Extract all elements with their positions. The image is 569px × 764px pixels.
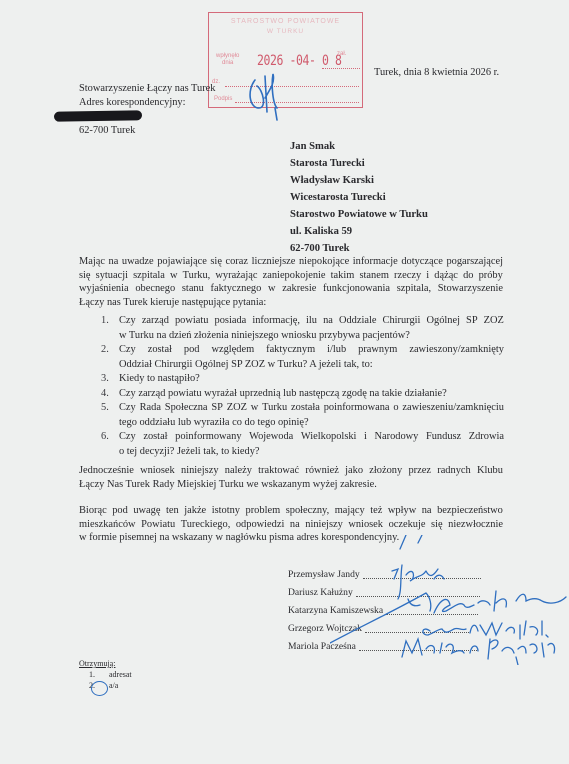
question-item: 3.Kiedy to nastąpiło? (99, 372, 504, 387)
word: ten (166, 504, 179, 518)
word: pod (112, 504, 128, 518)
word: stanu (182, 282, 204, 296)
question-line: Czy zarząd powiatu wyrażał uprzednią lub… (119, 387, 504, 402)
question-item: 2.Czyzostałpodwzględemfaktycznymi/lubpra… (99, 343, 504, 372)
signatory-row: Katarzyna Kamiszewska (288, 602, 481, 620)
word: uwadze (122, 255, 154, 269)
word: niniejszy (305, 518, 343, 532)
word: rzeczy (394, 269, 421, 283)
word: niniejszy (181, 464, 219, 478)
question-number: 2. (101, 343, 109, 358)
paragraph-line: mieszkańcówPowiatuTureckiego,odpowiedzin… (79, 518, 503, 532)
stamp-dotted-line (235, 102, 359, 103)
word: na (290, 518, 300, 532)
redacted-address (54, 110, 142, 122)
word: mieszkańców (79, 518, 136, 532)
word: problem (246, 504, 281, 518)
stamp-signature-label: Podpis (214, 96, 232, 102)
word: wyrażając (215, 269, 257, 283)
signature-dotted-line (359, 638, 477, 651)
paragraph-line: Jednocześniewniosekniniejszynależytrakto… (79, 464, 503, 478)
question-number: 6. (101, 430, 109, 445)
paragraph-line: Łączy Nas Turek Rady Miejskiej Turku we … (79, 478, 503, 492)
word: Powiatu (141, 518, 175, 532)
word: zakresie (282, 282, 316, 296)
word: coraz (226, 255, 249, 269)
word: Klubu (477, 464, 503, 478)
word: istotny (212, 504, 240, 518)
word: wyjaśnienia (79, 282, 129, 296)
word: informacje (353, 255, 398, 269)
recipients-list-item-number: 1. (89, 669, 109, 680)
word: się (431, 518, 443, 532)
word: Mając (79, 255, 105, 269)
stamp-received-date: 2026 -04- 0 8 (257, 53, 342, 69)
signatory-name: Grzegorz Wojtczak (288, 620, 362, 638)
word: bezpieczeństwo (437, 504, 503, 518)
word: wpływ (388, 504, 416, 518)
question-item: 6.CzyzostałpoinformowanyWojewodaWielkopo… (99, 430, 504, 459)
recipient-line: Jan Smak (290, 138, 428, 155)
word: uwagę (133, 504, 160, 518)
word: mający (335, 504, 365, 518)
word: Jednocześnie (79, 464, 134, 478)
recipients-list-item: 1.adresat (89, 669, 132, 680)
word: Stowarzyszenie (438, 282, 503, 296)
word: przez (408, 464, 431, 478)
word: oczekuje (389, 518, 426, 532)
paragraph-line: w formie pisemnej na wskazany w nagłówku… (79, 531, 503, 545)
signatory-row: Grzegorz Wojtczak (288, 620, 481, 638)
recipient-block: Jan Smak Starosta Turecki Władysław Kars… (290, 138, 428, 257)
scanned-letter-page: STAROSTWO POWIATOWE W TURKU wpłynęło dni… (0, 0, 569, 764)
paragraph-line: wyjaśnieniaobecnegostanufaktycznegowzakr… (79, 282, 503, 296)
recipients-list-item-label: adresat (109, 669, 132, 680)
word: również (305, 464, 338, 478)
word: pojawiające (157, 255, 207, 269)
sender-address-label: Adres korespondencyjny: (79, 96, 185, 110)
sender-city: 62-700 Turek (79, 124, 135, 138)
word: stanem (359, 269, 388, 283)
word: pogarszającej (446, 255, 503, 269)
word: na (109, 255, 119, 269)
word: odpowiedzi (236, 518, 284, 532)
signatory-name: Katarzyna Kamiszewska (288, 602, 383, 620)
word: na (422, 504, 432, 518)
paragraph-line: Biorącpoduwagętenjakżeistotnyproblemspoł… (79, 504, 503, 518)
registry-stamp: STAROSTWO POWIATOWE W TURKU wpłynęło dni… (208, 12, 363, 108)
word: obecnego (135, 282, 175, 296)
word: w (268, 282, 276, 296)
recipient-line: Starostwo Powiatowe w Turku (290, 206, 428, 223)
word: niezwłocznie (448, 518, 503, 532)
intro-paragraph: Mającnauwadzepojawiającesięcorazliczniej… (79, 255, 503, 309)
stamp-dotted-line (225, 86, 359, 87)
word: należy (225, 464, 252, 478)
word: radnych (437, 464, 470, 478)
word: do (463, 269, 473, 283)
signatory-name: Przemysław Jandy (288, 566, 360, 584)
questions-list: 1.Czyzarządpowiatuposiadainformację,ilun… (99, 314, 504, 459)
signatory-name: Dariusz Kałużny (288, 584, 353, 602)
signatory-row: Dariusz Kałużny (288, 584, 481, 602)
question-line: w Turku na dzień złożenia niniejszego wn… (119, 329, 504, 344)
signature-dotted-line (363, 566, 481, 579)
paragraph-request: Biorącpoduwagętenjakżeistotnyproblemspoł… (79, 504, 503, 545)
word: traktować (258, 464, 299, 478)
place-date: Turek, dnia 8 kwietnia 2026 r. (374, 66, 499, 80)
stamp-received-label-1: wpłynęło (216, 53, 239, 60)
word: liczniejsze (252, 255, 296, 269)
word: szpitala, (397, 282, 431, 296)
question-item: 1.Czyzarządpowiatuposiadainformację,ilun… (99, 314, 504, 343)
word: takim (331, 269, 355, 283)
word: faktycznego (211, 282, 262, 296)
handwritten-circle-mark (91, 681, 108, 696)
word: społeczny, (286, 504, 329, 518)
word: Biorąc (79, 504, 107, 518)
word: jako (345, 464, 363, 478)
paragraph-line: Mającnauwadzepojawiającesięcorazliczniej… (79, 255, 503, 269)
word: sytuacji (96, 269, 128, 283)
recipients-list-item-label: a/a (109, 680, 118, 691)
sender-organization: Stowarzyszenie Łączy nas Turek (79, 82, 215, 96)
signatory-name: Mariola Pacześna (288, 638, 356, 656)
paragraph-council: Jednocześniewniosekniniejszynależytrakto… (79, 464, 503, 491)
question-line: tego oddziału lub wyraziła co do tego op… (119, 416, 504, 431)
stamp-attachments-label: zał. (337, 51, 346, 57)
question-number: 5. (101, 401, 109, 416)
word: zaniepokojenie (263, 269, 326, 283)
signatories-block: Przemysław Jandy Dariusz Kałużny Katarzy… (288, 566, 481, 656)
paragraph-line: Łączy nas Turek kieruje następujące pyta… (79, 296, 503, 310)
word: niepokojące (299, 255, 349, 269)
word: próby (479, 269, 503, 283)
recipient-line: Władysław Karski (290, 172, 428, 189)
recipients-list-title: Otrzymują: (79, 658, 132, 669)
word: złożony (369, 464, 402, 478)
question-number: 1. (101, 314, 109, 329)
word: też (370, 504, 382, 518)
question-number: 4. (101, 387, 109, 402)
stamp-subtitle: W TURKU (209, 28, 362, 35)
recipient-line: ul. Kaliska 59 (290, 223, 428, 240)
question-line: o tej decyzji? Jeżeli tak, to kiedy? (119, 445, 504, 460)
question-line: Czyzostałpodwzględemfaktycznymi/lubprawn… (119, 343, 504, 358)
word: się (210, 255, 222, 269)
stamp-received-label: wpłynęło dnia (216, 53, 239, 67)
word: funkcjonowania (323, 282, 390, 296)
word: wniosek (140, 464, 175, 478)
signature-dotted-line (386, 602, 478, 615)
question-line: CzyzostałpoinformowanyWojewodaWielkopols… (119, 430, 504, 445)
word: wniosek (348, 518, 383, 532)
question-number: 3. (101, 372, 109, 387)
word: jakże (184, 504, 206, 518)
question-line: Kiedy to nastąpiło? (119, 372, 504, 387)
recipient-line: Starosta Turecki (290, 155, 428, 172)
paragraph-line: sięsytuacjiszpitalawTurku,wyrażajączanie… (79, 269, 503, 283)
recipient-line: Wicestarosta Turecki (290, 189, 428, 206)
stamp-received-label-2: dnia (216, 60, 239, 67)
signatory-row: Przemysław Jandy (288, 566, 481, 584)
question-item: 5.CzyRadaSpołecznaSPZOZwTurkuzostałapoin… (99, 401, 504, 430)
word: w (170, 269, 178, 283)
word: Tureckiego, (181, 518, 231, 532)
word: i (426, 269, 429, 283)
question-line: Czyzarządpowiatuposiadainformację,ilunaO… (119, 314, 504, 329)
signature-dotted-line (365, 620, 469, 633)
word: się (79, 269, 91, 283)
stamp-dotted-line (322, 68, 360, 69)
question-line: CzyRadaSpołecznaSPZOZwTurkuzostałapoinfo… (119, 401, 504, 416)
word: szpitala (133, 269, 165, 283)
word: dążąc (434, 269, 458, 283)
question-item: 4.Czy zarząd powiatu wyrażał uprzednią l… (99, 387, 504, 402)
signatory-row: Mariola Pacześna (288, 638, 481, 656)
question-line: Oddział Chirurgii Ogólnej SP ZOZ w Turku… (119, 358, 504, 373)
signature-dotted-line (356, 584, 480, 597)
stamp-title: STAROSTWO POWIATOWE (209, 18, 362, 25)
word: Turku, (183, 269, 211, 283)
word: dotyczące (401, 255, 443, 269)
